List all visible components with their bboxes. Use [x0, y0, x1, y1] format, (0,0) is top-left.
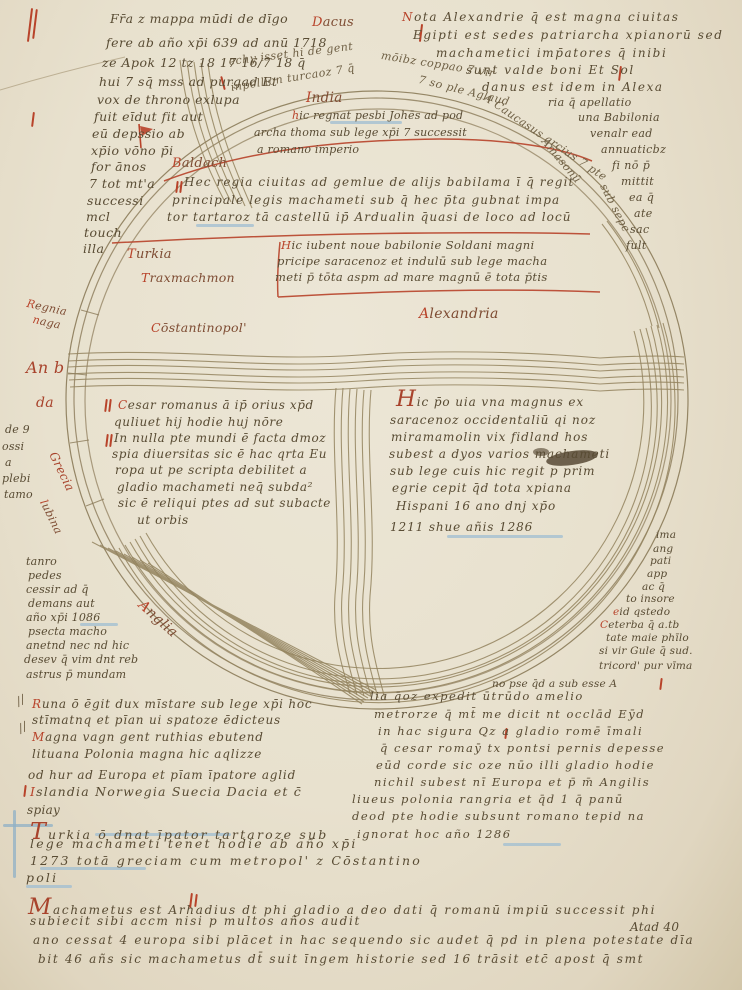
- text-line: deod pte hodie subsunt romano tepid na: [352, 811, 645, 823]
- text-line: sub lege cuis hic regit p prim: [390, 465, 595, 477]
- text-line: plebi: [2, 473, 31, 484]
- text-line: ac q̄: [642, 582, 665, 593]
- text-line: pati: [650, 556, 671, 567]
- text-line: app: [647, 569, 667, 580]
- text-line: ea q̄: [629, 192, 654, 203]
- text-line: pedes: [28, 570, 62, 581]
- text-line: Egipti est sedes patriarcha xpianorū sed: [413, 29, 724, 41]
- label-turkia: Turkia: [127, 248, 172, 261]
- rim-label-da: da: [36, 396, 54, 410]
- text-line: tor tartaroz tā castellū ip̄ Ardualin q̄…: [167, 211, 572, 223]
- anglia-sea-band: [92, 542, 376, 704]
- text-line: spia diuersitas sic ē hac qrta Eu: [112, 448, 327, 460]
- text-line: bit 46 añs sic machametus dt̄ suit īngem…: [38, 953, 644, 965]
- text-line: archa thoma sub lege xp̄i 7 successit: [254, 127, 467, 138]
- text-line: tamo: [4, 489, 33, 500]
- text-line: ima: [656, 530, 676, 541]
- text-line: sic ē reliqui ptes ad sut subacte: [118, 497, 331, 509]
- horizontal-river-band: [68, 352, 684, 391]
- text-line: ano cessat 4 europa sibi plācet in hac s…: [33, 934, 694, 946]
- text-line: psecta macho: [28, 626, 107, 637]
- text-line: subest a dyos varios machameti: [389, 448, 610, 460]
- text-line: danus est idem in Alexa: [482, 81, 664, 93]
- text-line: 1273 totā greciam cum metropol' z Cōstan…: [30, 855, 422, 868]
- text-line: de 9: [5, 424, 30, 435]
- text-line: anetnd nec nd hic: [26, 640, 129, 651]
- text-line: no pse q̄d a sub esse A: [492, 679, 617, 690]
- text-line: principale legis machameti sub q̄ hec p̄…: [172, 194, 560, 206]
- text-line: Hic p̄o uia vna magnus ex: [396, 388, 584, 411]
- text-line: metrorze q̄ mt̄ me dicit nt occlād Eȳd: [374, 709, 645, 721]
- text-line: in hac sigura Qz a gladio romē īmali: [378, 726, 643, 738]
- text-line: Cesar romanus ā ip̄ orius xp̄d: [118, 399, 314, 411]
- text-line: pricipe saracenoz et indulū sub lege mac…: [277, 256, 547, 268]
- blue-underline: [26, 885, 72, 888]
- text-line: venalr ead: [590, 128, 653, 139]
- text-line: a romano imperio: [257, 144, 359, 155]
- text-line: demans aut: [28, 598, 95, 609]
- text-line: Islandia Norwegia Suecia Dacia et c̄: [30, 786, 302, 799]
- text-line: sac: [630, 224, 650, 235]
- text-line: lituana Polonia magna hic aqlizze: [32, 748, 262, 760]
- label-alexandria: Alexandria: [419, 307, 499, 321]
- rim-label-anb: An b: [26, 360, 64, 376]
- text-line: 7 tot mt'a: [89, 178, 155, 191]
- text-line: si vir Gule q̄ sud.: [599, 646, 693, 657]
- text-line: astrus p̄ mundam: [26, 669, 126, 680]
- text-line: Hec regia ciuitas ad gemlue de alijs bab…: [184, 176, 574, 188]
- text-line: fi nō p̄: [612, 160, 650, 171]
- text-line: for ānos: [91, 161, 147, 174]
- text-line: annuaticbz: [601, 144, 666, 155]
- text-line: ang: [653, 544, 673, 555]
- text-line: gladio machameti neq̄ subda²: [117, 481, 313, 493]
- text-line: xp̄io vōno p̄i: [91, 145, 174, 158]
- label-constantinopol: Cōstantinopol': [151, 322, 247, 335]
- vertical-sea-band: [334, 388, 385, 699]
- text-line: desev q̄ vim dnt reb: [24, 654, 138, 665]
- text-line: saracenoz occidentaliū qi noz: [390, 414, 596, 426]
- text-line: Nota Alexandrie q̄ est magna ciuitas: [402, 11, 680, 23]
- text-line: 1211 shue añis 1286: [390, 521, 533, 533]
- text-line: Ceterba q̄ a.tb: [600, 620, 679, 631]
- text-line: fult: [626, 240, 647, 251]
- text-line: eūd corde sic oze nūo illi gladio hodie: [376, 760, 655, 772]
- text-line: fuit eīdut fit aut: [94, 111, 203, 124]
- text-line: ignorat hoc año 1286: [357, 829, 512, 841]
- text-line: mcl: [86, 211, 110, 224]
- rim-segment-ticks: [68, 310, 104, 506]
- text-line: od hur ad Europa et pīam īpatore aglid: [28, 769, 296, 781]
- text-line: una Babilonia: [578, 112, 660, 123]
- text-line: miramamolin vix fidland hos: [391, 431, 588, 443]
- label-baldach: Baldach: [172, 157, 227, 170]
- text-line: machametici imp̄atores q̄ inibi: [436, 47, 667, 59]
- text-line: quliuet hij hodie huj nōre: [114, 416, 283, 428]
- manuscript-page: Fr̄a z mappa mūdi de dīgo fere ab año xp…: [0, 0, 742, 990]
- text-line: Fr̄a z mappa mūdi de dīgo: [110, 13, 288, 26]
- text-line: In nulla pte mundi ē facta dmoz: [114, 432, 326, 444]
- text-line: spiay: [27, 804, 60, 816]
- note-atad: Atad 40: [630, 921, 679, 933]
- text-line: illa: [83, 243, 104, 256]
- text-line: a: [5, 457, 12, 468]
- text-line: ropa ut pe scripta debilitet a: [115, 464, 307, 476]
- text-line: ria q̄ apellatio: [548, 97, 632, 108]
- text-line: touch: [84, 227, 122, 240]
- text-line: tate maie phīlo: [606, 633, 689, 644]
- label-india: India: [306, 92, 343, 106]
- text-line: Hic iubent noue babilonie Soldani magni: [281, 240, 535, 252]
- text-line: Magna vagn gent ruthias ebutend: [32, 731, 264, 743]
- blue-underline: [196, 224, 254, 227]
- text-line: nichil subest nī Europa et p̄ m̄ Angilis: [374, 777, 650, 789]
- text-line: ut orbis: [137, 514, 189, 526]
- text-line: tricord' pur vīma: [599, 661, 693, 672]
- text-line: año xp̄i 1086: [26, 612, 100, 623]
- blue-cross-mark: [13, 810, 16, 878]
- text-line: lia q̄oz expedit ūtrūdo amelio: [370, 691, 584, 703]
- text-line: Runa ō ēgit dux mīstare sub lege xp̄i ho…: [32, 698, 312, 710]
- text-line: liueus polonia rangria et q̄d 1 q̄ panū: [352, 794, 624, 806]
- text-line: eid qstedo: [613, 607, 670, 618]
- label-dacus: Dacus: [312, 16, 354, 29]
- text-line: ate: [634, 208, 653, 219]
- text-line: successi: [87, 195, 144, 208]
- text-line: egrie cepit q̄d tota xpiana: [392, 482, 572, 494]
- text-line: lege machameti tenet hodie ab año xp̄i: [30, 838, 358, 851]
- ocean-band: [119, 221, 675, 703]
- text-line: eū depssio ab: [92, 128, 185, 141]
- text-line: ossi: [2, 441, 24, 452]
- text-line: poli: [26, 872, 58, 885]
- text-line: Hispani 16 ano dnj xp̄o: [396, 500, 556, 512]
- text-line: vox de throno exlupa: [97, 94, 240, 107]
- text-line: tanro: [26, 556, 57, 567]
- blue-underline: [447, 535, 563, 538]
- text-line: to insore: [626, 594, 675, 605]
- text-line: meti p̄ tōta aspm ad mare magnū ē tota p…: [275, 272, 548, 284]
- text-line: stīmatnq et pīan ui spatoze ēdicteus: [32, 714, 281, 726]
- label-traxmachmon: Traxmachmon: [141, 272, 235, 285]
- text-line: hic regnat pesbi Johēs ad pod: [292, 110, 463, 121]
- text-line: mittit: [621, 176, 654, 187]
- text-line: q̄ cesar romaȳ tx pontsi pernis depesse: [380, 743, 665, 755]
- blue-underline: [503, 843, 561, 846]
- text-line: subiecit sibi accm nisi p multos años au…: [30, 915, 361, 927]
- text-line: cessir ad q̄: [26, 584, 89, 595]
